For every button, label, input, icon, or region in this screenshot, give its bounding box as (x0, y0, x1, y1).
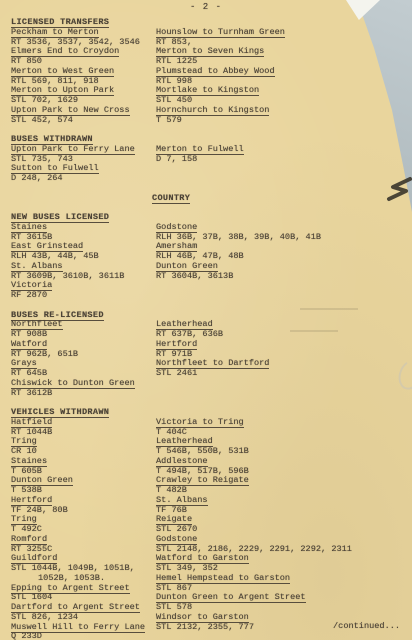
fleet-numbers: STL 1044B, 1049B, 1051B, (11, 563, 135, 573)
text-row: St. AlbansDunton Green (0, 261, 412, 271)
text-row: RT 645BSTL 2461 (0, 368, 412, 378)
fleet-numbers: CR 10 (11, 446, 37, 456)
text-row: Merton to Upton ParkMortlake to Kingston (0, 85, 412, 95)
text-row: Dartford to Argent StreetSTL 578 (0, 602, 412, 612)
text-row: CR 10T 546B, 550B, 531B (0, 446, 412, 456)
fleet-numbers: RF 2870 (11, 290, 47, 300)
text-row: RomfordGodstone (0, 534, 412, 544)
fleet-numbers: TF 76B (156, 505, 187, 515)
fleet-numbers: RT 3536, 3537, 3542, 3546 (11, 37, 140, 47)
text-row: T 492CSTL 2670 (0, 524, 412, 534)
text-row: RLH 43B, 44B, 45BRLH 46B, 47B, 48B (0, 251, 412, 261)
typed-text-block: LICENSED TRANSFERSPeckham to MertonHouns… (0, 0, 412, 640)
fleet-numbers: T 494B, 517B, 596B (156, 466, 249, 476)
text-row: RT 962B, 651BRT 971B (0, 349, 412, 359)
text-row: WatfordHertford (0, 339, 412, 349)
fleet-numbers: RT 645B (11, 368, 47, 378)
text-row: StainesAddlestone (0, 456, 412, 466)
text-row (0, 397, 412, 407)
text-row: STL 702, 1629STL 450 (0, 95, 412, 105)
fleet-numbers: STL 826, 1234 (11, 612, 78, 622)
fleet-numbers: RT 3255C (11, 544, 52, 554)
text-row: STL 1044B, 1049B, 1051B,STL 349, 352 (0, 563, 412, 573)
text-row: STL 1604Dunton Green to Argent Street (0, 592, 412, 602)
fleet-numbers: T 482B (156, 485, 187, 495)
fleet-numbers: RT 853, (156, 37, 192, 47)
fleet-numbers: STL 735, 743 (11, 154, 73, 164)
fleet-numbers: T 605B (11, 466, 42, 476)
text-row: TF 24B, 80BTF 76B (0, 505, 412, 515)
text-row: RT 3612B (0, 388, 412, 398)
fleet-numbers: T 546B, 550B, 531B (156, 446, 249, 456)
text-row: NEW BUSES LICENSED (0, 212, 412, 222)
fleet-numbers: RT 3615B (11, 232, 52, 242)
text-row: T 538BT 482B (0, 485, 412, 495)
text-row (0, 183, 412, 193)
text-row: RT 3255CSTL 2148, 2186, 2229, 2291, 2292… (0, 544, 412, 554)
fleet-numbers: RLH 43B, 44B, 45B (11, 251, 99, 261)
text-row: StainesGodstone (0, 222, 412, 232)
text-row: COUNTRY (0, 193, 412, 203)
text-row: BUSES WITHDRAWN (0, 134, 412, 144)
fleet-numbers: STL 2670 (156, 524, 197, 534)
fleet-numbers: RTL 569, 811, 918 (11, 76, 99, 86)
fleet-numbers: RTL 998 (156, 76, 192, 86)
fleet-numbers: RT 3604B, 3613B (156, 271, 233, 281)
text-row: LICENSED TRANSFERS (0, 17, 412, 27)
fleet-numbers: Q 233D (11, 631, 42, 640)
text-row: HatfieldVictoria to Tring (0, 417, 412, 427)
fleet-numbers: STL 349, 352 (156, 563, 218, 573)
fleet-numbers: RLH 46B, 47B, 48B (156, 251, 244, 261)
scanned-document-page: - 2 - LICENSED TRANSFERSPeckham to Merto… (0, 0, 412, 640)
text-row: Q 233D (0, 631, 412, 640)
text-row: RTL 569, 811, 918RTL 998 (0, 76, 412, 86)
text-row: Elmers End to CroydonMerton to Seven Kin… (0, 46, 412, 56)
pencil-smudge (300, 308, 358, 310)
text-row: 1052B, 1053B.Hemel Hempstead to Garston (0, 573, 412, 583)
fleet-numbers: STL 2148, 2186, 2229, 2291, 2292, 2311 (156, 544, 352, 554)
text-row: Peckham to MertonHounslow to Turnham Gre… (0, 27, 412, 37)
fleet-numbers: RT 3612B (11, 388, 52, 398)
fleet-numbers: 1052B, 1053B. (38, 573, 105, 583)
text-row: NorthfleetLeatherhead (0, 319, 412, 329)
text-row: D 248, 264 (0, 173, 412, 183)
fleet-numbers: RT 637B, 636B (156, 329, 223, 339)
text-row: Chiswick to Dunton Green (0, 378, 412, 388)
text-row: RT 3615BRLH 36B, 37B, 38B, 39B, 40B, 41B (0, 232, 412, 242)
text-row: Upton Park to New CrossHornchurch to Kin… (0, 105, 412, 115)
text-row: RT 850RTL 1225 (0, 56, 412, 66)
fleet-numbers: STL 2461 (156, 368, 197, 378)
text-row: T 605BT 494B, 517B, 596B (0, 466, 412, 476)
fleet-numbers: T 492C (11, 524, 42, 534)
continuation-note: /continued... (333, 621, 400, 631)
text-row (0, 202, 412, 212)
fleet-numbers: STL 452, 574 (11, 115, 73, 125)
pencil-smudge (290, 330, 338, 332)
text-row: HertfordSt. Albans (0, 495, 412, 505)
fleet-numbers: STL 450 (156, 95, 192, 105)
fleet-numbers: D 7, 158 (156, 154, 197, 164)
fleet-numbers: RT 971B (156, 349, 192, 359)
text-row: TringLeatherhead (0, 436, 412, 446)
text-row: Victoria (0, 280, 412, 290)
fleet-numbers: STL 702, 1629 (11, 95, 78, 105)
text-row: STL 735, 743D 7, 158 (0, 154, 412, 164)
text-row: Epping to Argent StreetSTL 867 (0, 583, 412, 593)
fleet-numbers: T 579 (156, 115, 182, 125)
text-row: GuildfordWatford to Garston (0, 553, 412, 563)
text-row: BUSES RE-LICENSED (0, 310, 412, 320)
fleet-numbers: D 248, 264 (11, 173, 63, 183)
fleet-numbers: STL 1604 (11, 592, 52, 602)
text-row: Merton to West GreenPlumstead to Abbey W… (0, 66, 412, 76)
fleet-numbers: STL 867 (156, 583, 192, 593)
text-row: Upton Park to Ferry LaneMerton to Fulwel… (0, 144, 412, 154)
text-row: VEHICLES WITHDRAWN (0, 407, 412, 417)
text-row: STL 452, 574T 579 (0, 115, 412, 125)
fleet-numbers: STL 2132, 2355, 777 (156, 622, 254, 632)
fleet-numbers: T 538B (11, 485, 42, 495)
fleet-numbers: T 404C (156, 427, 187, 437)
fleet-numbers: RT 850 (11, 56, 42, 66)
fleet-numbers: RTL 1225 (156, 56, 197, 66)
text-row: GraysNorthfleet to Dartford (0, 358, 412, 368)
fleet-numbers: RLH 36B, 37B, 38B, 39B, 40B, 41B (156, 232, 321, 242)
text-row: TringReigate (0, 514, 412, 524)
text-row: RT 3536, 3537, 3542, 3546RT 853, (0, 37, 412, 47)
text-row: RT 3609B, 3610B, 3611BRT 3604B, 3613B (0, 271, 412, 281)
fleet-numbers: RT 1044B (11, 427, 52, 437)
fleet-numbers: RT 908B (11, 329, 47, 339)
fleet-numbers: STL 578 (156, 602, 192, 612)
text-row (0, 124, 412, 134)
text-row: Sutton to Fulwell (0, 163, 412, 173)
text-row: East GrinsteadAmersham (0, 241, 412, 251)
text-row: Dunton GreenCrawley to Reigate (0, 475, 412, 485)
ink-smudge-mark (384, 176, 412, 202)
text-row: RT 908BRT 637B, 636B (0, 329, 412, 339)
fleet-numbers: RT 3609B, 3610B, 3611B (11, 271, 124, 281)
fleet-numbers: TF 24B, 80B (11, 505, 68, 515)
fleet-numbers: RT 962B, 651B (11, 349, 78, 359)
text-row: RT 1044BT 404C (0, 427, 412, 437)
text-row: RF 2870 (0, 290, 412, 300)
